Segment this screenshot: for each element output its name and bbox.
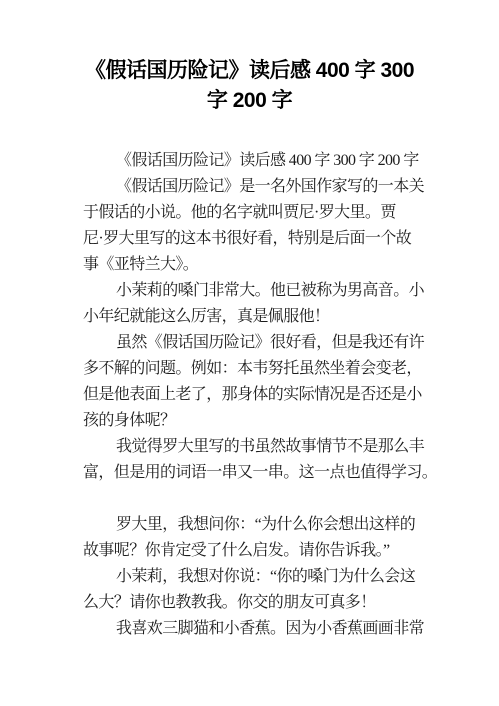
paragraph: 小茉莉的嗓门非常大。他已被称为男高音。小小年纪就能这么厉害，真是佩服他！ bbox=[83, 278, 499, 330]
text-line: 事《亚特兰大》。 bbox=[83, 252, 499, 278]
text-line: 尼·罗大里写的这本书很好看，特别是后面一个故 bbox=[83, 226, 499, 252]
paragraph: 罗大里，我想问你：“为什么你会想出这样的故事呢？你肯定受了什么启发。请你告诉我。… bbox=[83, 512, 499, 564]
text-line: 我喜欢三脚猫和小香蕉。因为小香蕉画画非常 bbox=[83, 616, 499, 642]
text-line: 《假话国历险记》是一名外国作家写的一本关 bbox=[83, 174, 499, 200]
document-body: 《假话国历险记》读后感 400 字 300 字 200 字《假话国历险记》是一名… bbox=[0, 148, 499, 642]
paragraph: 虽然《假话国历险记》很好看，但是我还有许多不解的问题。例如：本韦努托虽然坐着会变… bbox=[83, 330, 499, 434]
text-line: 罗大里，我想问你：“为什么你会想出这样的 bbox=[83, 512, 499, 538]
text-line: 故事呢？你肯定受了什么启发。请你告诉我。” bbox=[83, 538, 499, 564]
page-title-line-2: 字 200 字 bbox=[207, 89, 292, 112]
paragraph: 小茉莉，我想对你说：“你的嗓门为什么会这么大？请你也教教我。你交的朋友可真多！ bbox=[83, 564, 499, 616]
text-line: 富，但是用的词语一串又一串。这一点也值得学习。 bbox=[83, 460, 499, 486]
text-line: 小年纪就能这么厉害，真是佩服他！ bbox=[83, 304, 499, 330]
paragraph: 我觉得罗大里写的书虽然故事情节不是那么丰富，但是用的词语一串又一串。这一点也值得… bbox=[83, 434, 499, 486]
text-line: 小茉莉的嗓门非常大。他已被称为男高音。小 bbox=[83, 278, 499, 304]
paragraph: 我喜欢三脚猫和小香蕉。因为小香蕉画画非常 bbox=[83, 616, 499, 642]
text-line: 么大？请你也教教我。你交的朋友可真多！ bbox=[83, 590, 499, 616]
text-line: 孩的身体呢？ bbox=[83, 408, 499, 434]
page-title: 《假话国历险记》读后感 400 字 300字 200 字 bbox=[0, 0, 499, 116]
text-line: 《假话国历险记》读后感 400 字 300 字 200 字 bbox=[83, 148, 499, 174]
paragraph: 《假话国历险记》是一名外国作家写的一本关于假话的小说。他的名字就叫贾尼·罗大里。… bbox=[83, 174, 499, 278]
document-page: 《假话国历险记》读后感 400 字 300字 200 字 《假话国历险记》读后感… bbox=[0, 0, 499, 706]
text-line: 于假话的小说。他的名字就叫贾尼·罗大里。贾 bbox=[83, 200, 499, 226]
paragraph: 《假话国历险记》读后感 400 字 300 字 200 字 bbox=[83, 148, 499, 174]
text-line: 小茉莉，我想对你说：“你的嗓门为什么会这 bbox=[83, 564, 499, 590]
text-line: 我觉得罗大里写的书虽然故事情节不是那么丰 bbox=[83, 434, 499, 460]
page-title-line-1: 《假话国历险记》读后感 400 字 300 bbox=[85, 59, 414, 82]
text-line: 多不解的问题。例如：本韦努托虽然坐着会变老， bbox=[83, 356, 499, 382]
text-line: 但是他表面上老了，那身体的实际情况是否还是小 bbox=[83, 382, 499, 408]
text-line: 虽然《假话国历险记》很好看，但是我还有许 bbox=[83, 330, 499, 356]
